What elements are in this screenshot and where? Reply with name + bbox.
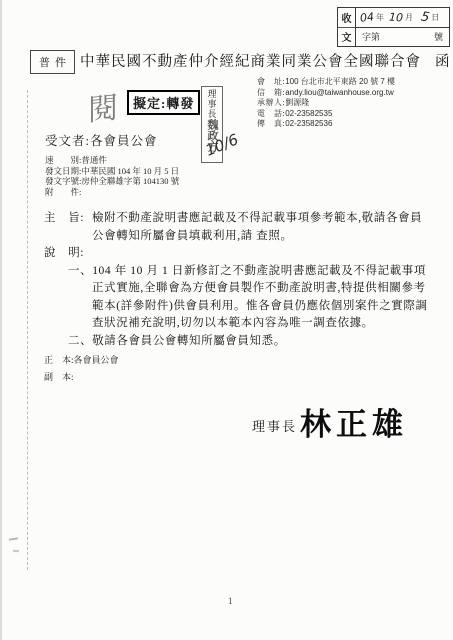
scan-edge	[0, 0, 2, 640]
org-name: 中華民國不動產仲介經紀商業同業公會全國聯合會	[80, 54, 421, 70]
recipient-value: 各會員公會	[90, 134, 158, 148]
document-char: 文	[338, 28, 355, 47]
description-items: 一、104 年 10 月 1 日新修訂之不動產說明書應記載及不得記載事項正式實施…	[44, 263, 432, 351]
draft-forward-stamp: 擬定:轉發	[127, 90, 200, 115]
handwritten-day: 5	[420, 9, 431, 25]
perforation-line	[27, 90, 28, 570]
meta-label: 附 件:	[45, 187, 81, 197]
contact-fax: 傳 真:02-23582536	[257, 119, 395, 130]
received-stamp: 收 文 04 年 10 月 5 日 字第 號	[337, 7, 450, 47]
item-number: 一、	[68, 265, 92, 277]
meta-label: 發文字號:	[45, 176, 81, 186]
contact-phone: 電 話:02-23582535	[257, 109, 395, 120]
meta-refno: 發文字號:房仲全聯雄字第 104130 號	[45, 176, 179, 187]
scan-smudge	[13, 550, 19, 552]
meta-value: 房仲全聯雄字第 104130 號	[81, 176, 179, 186]
year-unit: 年	[376, 12, 384, 23]
copies-label: 正 本:	[44, 355, 74, 365]
subject-text: 檢附不動產說明書應記載及不得記載事項參考範本,敬請各會員公會轉知所屬會員填載利用…	[92, 212, 422, 242]
meta-label: 發文日期:	[45, 166, 81, 176]
contact-label: 電 話:	[257, 109, 285, 120]
meta-attachment: 附 件:	[45, 187, 179, 198]
contact-value: 02-23582535	[285, 109, 332, 118]
signature-title: 理事長	[252, 416, 297, 435]
ref-suffix: 號	[434, 30, 443, 43]
contact-value: andy.liou@taiwanhouse.org.tw	[285, 88, 393, 97]
meta-value: 中華民國 104 年 10 月 5 日	[81, 166, 179, 176]
contact-person: 承辦人:劉源隆	[257, 98, 395, 109]
recipient-label: 受文者:	[45, 134, 90, 148]
item-text: 104 年 10 月 1 日新修訂之不動產說明書應記載及不得記載事項正式實施,全…	[92, 265, 428, 330]
doc-type: 函	[435, 54, 451, 70]
scan-smudge	[9, 537, 18, 540]
meta-block: 速 別:普通件 發文日期:中華民國 104 年 10 月 5 日 發文字號:房仲…	[45, 155, 179, 197]
page-number: 1	[228, 596, 233, 606]
contact-block: 會 址:100 台北市北平東路 20 號 7 樓 信 箱:andy.liou@t…	[257, 77, 395, 130]
contact-value: 02-23582536	[285, 119, 332, 128]
contact-value: 100 台北市北平東路 20 號 7 樓	[285, 77, 395, 86]
received-char: 收	[338, 8, 355, 28]
contact-label: 信 箱:	[257, 88, 285, 99]
original-copy-line: 正 本:各會員公會	[44, 352, 119, 369]
item-text: 敬請各會員公會轉知所屬會員知悉。	[92, 335, 286, 347]
carbon-copy-line: 副 本:	[44, 369, 119, 386]
scanned-letter-page: 收 文 04 年 10 月 5 日 字第 號 普件 中華民國不動產仲介經紀商業同…	[0, 0, 453, 640]
handwritten-year: 04	[359, 10, 374, 24]
letter-title: 中華民國不動產仲介經紀商業同業公會全國聯合會函	[80, 50, 451, 71]
received-stamp-fields: 04 年 10 月 5 日 字第 號	[356, 8, 449, 46]
letter-body: 主 旨:檢附不動產說明書應記載及不得記載事項參考範本,敬請各會員公會轉知所屬會員…	[44, 210, 432, 350]
contact-address: 會 址:100 台北市北平東路 20 號 7 樓	[257, 77, 395, 88]
subject-paragraph: 主 旨:檢附不動產說明書應記載及不得記載事項參考範本,敬請各會員公會轉知所屬會員…	[44, 210, 432, 245]
day-unit: 日	[431, 12, 439, 23]
description-item-1: 一、104 年 10 月 1 日新修訂之不動產說明書應記載及不得記載事項正式實施…	[44, 263, 432, 333]
meta-value: 普通件	[81, 155, 107, 165]
chairman-stamp-title: 理事長	[206, 89, 219, 119]
recipient-line: 受文者:各會員公會	[45, 131, 158, 149]
priority-box: 普件	[30, 50, 75, 74]
copies-label: 副 本:	[44, 372, 74, 382]
contact-email: 信 箱:andy.liou@taiwanhouse.org.tw	[257, 88, 395, 99]
signature-name: 林正雄	[300, 399, 408, 444]
description-item-2: 二、敬請各會員公會轉知所屬會員知悉。	[44, 333, 432, 351]
subject-label: 主 旨:	[44, 210, 92, 228]
handwritten-read-mark: 閱	[88, 82, 118, 129]
contact-label: 會 址:	[257, 77, 285, 88]
description-label-line: 說 明:	[44, 245, 432, 263]
received-stamp-label: 收 文	[338, 8, 356, 46]
meta-date: 發文日期:中華民國 104 年 10 月 5 日	[45, 166, 179, 177]
handwritten-month: 10	[389, 10, 404, 24]
contact-label: 傳 真:	[257, 119, 285, 130]
contact-label: 承辦人:	[257, 98, 285, 109]
month-unit: 月	[405, 12, 413, 23]
ref-prefix: 字第	[362, 30, 380, 43]
received-ref-row: 字第 號	[356, 28, 449, 47]
received-date-row: 04 年 10 月 5 日	[356, 8, 449, 28]
contact-value: 劉源隆	[285, 98, 309, 107]
copies-value: 各會員公會	[74, 355, 119, 365]
meta-speed: 速 別:普通件	[45, 155, 179, 166]
description-label: 說 明:	[44, 245, 92, 263]
meta-label: 速 別:	[45, 155, 81, 165]
copies-block: 正 本:各會員公會 副 本:	[44, 352, 119, 386]
item-number: 二、	[68, 335, 92, 347]
